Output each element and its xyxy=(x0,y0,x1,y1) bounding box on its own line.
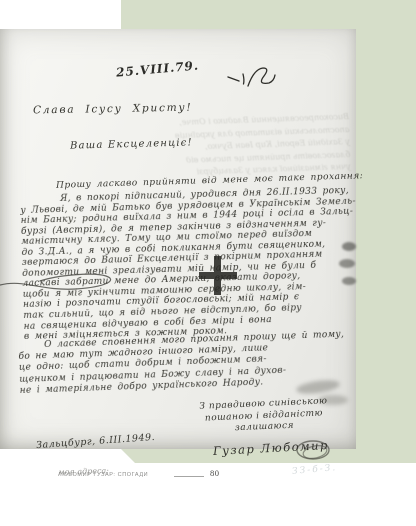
archival-flourish-mark xyxy=(226,63,282,91)
cross-horizontal-bar xyxy=(199,272,237,279)
ink-blotch-edge xyxy=(342,277,356,285)
book-footer-title: ЛЮБОМИР ГУЗАР: СПОГАДИ xyxy=(58,472,148,478)
letter-greeting: Слава Ісусу Христу! xyxy=(33,102,193,117)
letter-paragraph-main: Я, в покорі підписаний, уродився дня 26.… xyxy=(20,186,362,343)
page-number: 80 xyxy=(210,468,220,478)
crop-cross-mark xyxy=(199,256,237,295)
ink-annotation-stroke xyxy=(0,269,122,295)
signature-scribble xyxy=(288,435,338,467)
place-and-date: Зальцбург, 6.ІІІ.1949. xyxy=(36,432,156,451)
letter-scan: Високопреосвященний Владико і Отче, апос… xyxy=(0,29,356,449)
letter-date: 25.VIII.79. xyxy=(116,58,200,79)
book-page: Високопреосвященний Владико і Отче, апос… xyxy=(0,0,416,526)
ink-blotch-edge xyxy=(339,259,355,268)
ink-smudge xyxy=(318,395,348,405)
ink-blotch-edge xyxy=(342,242,356,251)
footer-rule-line xyxy=(174,476,204,477)
